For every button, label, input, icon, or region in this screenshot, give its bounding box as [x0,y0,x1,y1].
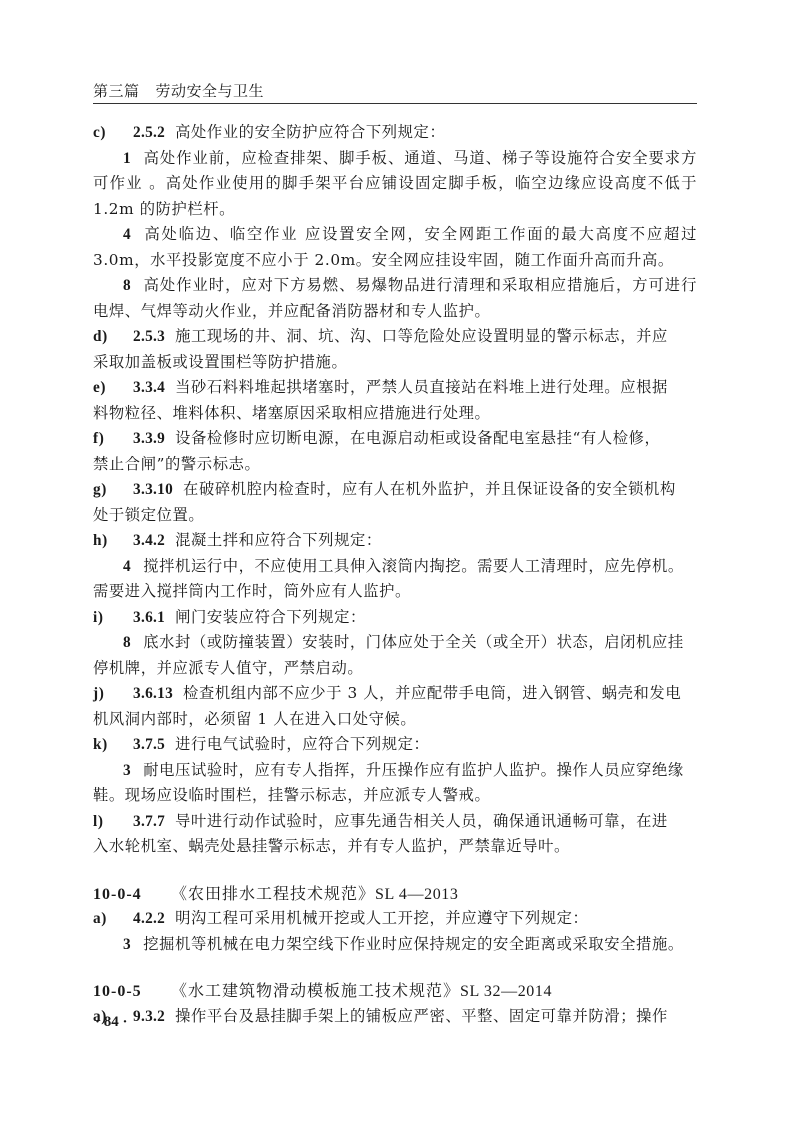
paragraph-text: 挖掘机等机械在电力架空线下作业时应保持规定的安全距离或采取安全措施。 [143,935,684,953]
clause-text: 混凝土拌和应符合下列规定： [175,531,382,549]
clause-number: 3.6.13 [133,685,173,702]
item-label: a) [93,906,133,932]
paragraph-text: 高处临边、临空作业 应设置安全网，安全网距工作面的最大高度不应超过 [143,225,697,243]
paragraph-line: 3耐电压试验时，应有专人指挥，升压操作应有监护人监护。操作人员应穿绝缘 [93,758,697,784]
item-number: 8 [123,634,131,651]
item-label: h) [93,528,133,554]
clause-number: 3.7.5 [133,736,165,753]
clause-f: f)3.3.9设备检修时应切断电源，在电源启动柜或设备配电室悬挂“有人检修， [93,426,697,452]
clause-c: c)2.5.2高处作业的安全防护应符合下列规定： [93,120,697,146]
header-rule [93,103,697,104]
standard-number: 10-0-5 [93,979,171,1005]
clause-text: 操作平台及悬挂脚手架上的铺板应严密、平整、固定可靠并防滑；操作 [175,1007,668,1025]
paragraph-text: 高处作业时，应对下方易燃、易爆物品进行清理和采取相应措施后，方可进行 [143,276,697,294]
item-label: g) [93,477,133,503]
item-label: d) [93,324,133,350]
paragraph-line: 可作业 。高处作业使用的脚手架平台应铺设固定脚手板，临空边缘应设高度不低于 [93,171,697,197]
item-label: l) [93,809,133,835]
paragraph-line: 8底水封（或防撞装置）安装时，门体应处于全关（或全开）状态，启闭机应挂 [93,630,697,656]
paragraph-line: 采取加盖板或设置围栏等防护措施。 [93,350,697,376]
clause-text: 在破碎机腔内检查时，应有人在机外监护，并且保证设备的安全锁机构 [183,480,676,498]
clause-k: k)3.7.5进行电气试验时，应符合下列规定： [93,732,697,758]
paragraph-line: 料物粒径、堆料体积、堵塞原因采取相应措施进行处理。 [93,401,697,427]
clause-text: 闸门安装应符合下列规定： [175,608,366,626]
clause-text: 明沟工程可采用机械开挖或人工开挖，并应遵守下列规定： [175,909,588,927]
clause-g: g)3.3.10在破碎机腔内检查时，应有人在机外监护，并且保证设备的安全锁机构 [93,477,697,503]
item-label: f) [93,426,133,452]
paragraph-line: 1.2m 的防护栏杆。 [93,197,697,223]
paragraph-line: 鞋。现场应设临时围栏，挂警示标志，并应派专人警戒。 [93,783,697,809]
item-label: e) [93,375,133,401]
clause-h: h)3.4.2混凝土拌和应符合下列规定： [93,528,697,554]
paragraph-line: 电焊、气焊等动火作业，并应配备消防器材和专人监护。 [93,299,697,325]
clause-text: 导叶进行动作试验时，应事先通告相关人员，确保通讯通畅可靠，在进 [175,812,668,830]
paragraph-text: 底水封（或防撞装置）安装时，门体应处于全关（或全开）状态，启闭机应挂 [143,633,684,651]
paragraph-line: 3挖掘机等机械在电力架空线下作业时应保持规定的安全距离或采取安全措施。 [93,932,697,958]
clause-d: d)2.5.3施工现场的井、洞、坑、沟、口等危险处应设置明显的警示标志，并应 [93,324,697,350]
part-label: 第三篇 [93,82,140,100]
item-number: 1 [123,150,131,167]
item-number: 3 [123,936,131,953]
clause-text: 进行电气试验时，应符合下列规定： [175,735,429,753]
clause-number: 3.3.9 [133,430,165,447]
clause-j: j)3.6.13检查机组内部不应少于 3 人，并应配带手电筒，进入钢管、蜗壳和发… [93,681,697,707]
clause-number: 3.7.7 [133,813,165,830]
clause-text: 施工现场的井、洞、坑、沟、口等危险处应设置明显的警示标志，并应 [175,327,668,345]
paragraph-line: 4搅拌机运行中，不应使用工具伸入滚筒内掏挖。需要人工清理时，应先停机。 [93,554,697,580]
standard-number: 10-0-4 [93,882,171,908]
standard-code: SL 32—2014 [460,983,552,1000]
clause-number: 3.4.2 [133,532,165,549]
clause-text: 高处作业的安全防护应符合下列规定： [175,123,445,141]
clause-number: 2.5.3 [133,328,165,345]
clause-text: 检查机组内部不应少于 3 人，并应配带手电筒，进入钢管、蜗壳和发电 [183,684,681,702]
paragraph-text: 高处作业前，应检查排架、脚手板、通道、马道、梯子等设施符合安全要求方 [143,149,697,167]
clause-a: a)4.2.2明沟工程可采用机械开挖或人工开挖，并应遵守下列规定： [93,906,697,932]
paragraph-line: 3.0m，水平投影宽度不应小于 2.0m。安全网应挂设牢固，随工作面升高而升高。 [93,248,697,274]
paragraph-line: 4高处临边、临空作业 应设置安全网，安全网距工作面的最大高度不应超过 [93,222,697,248]
page-number: · 84 · [95,1014,128,1031]
clause-number: 3.3.4 [133,379,165,396]
clause-number: 4.2.2 [133,910,165,927]
document-page: 第三篇劳动安全与卫生 c)2.5.2高处作业的安全防护应符合下列规定： 1高处作… [0,0,793,1123]
standard-title: 《水工建筑物滑动模板施工技术规范》 [171,981,460,1000]
clause-number: 9.3.2 [133,1008,165,1025]
standard-code: SL 4—2013 [375,886,458,903]
clause-text: 设备检修时应切断电源，在电源启动柜或设备配电室悬挂“有人检修， [175,429,660,447]
item-label: i) [93,605,133,631]
paragraph-line: 停机牌，并应派专人值守，严禁启动。 [93,656,697,682]
item-number: 4 [123,558,131,575]
item-label: c) [93,120,133,146]
item-number: 4 [123,226,131,243]
item-label: k) [93,732,133,758]
part-title: 劳动安全与卫生 [156,82,265,100]
paragraph-line: 处于锁定位置。 [93,503,697,529]
item-number: 8 [123,277,131,294]
document-body: c)2.5.2高处作业的安全防护应符合下列规定： 1高处作业前，应检查排架、脚手… [93,120,697,1029]
clause-l: l)3.7.7导叶进行动作试验时，应事先通告相关人员，确保通讯通畅可靠，在进 [93,809,697,835]
paragraph-line: 8高处作业时，应对下方易燃、易爆物品进行清理和采取相应措施后，方可进行 [93,273,697,299]
standard-heading: 10-0-5《水工建筑物滑动模板施工技术规范》SL 32—2014 [93,978,697,1004]
standard-heading: 10-0-4《农田排水工程技术规范》SL 4—2013 [93,881,697,907]
clause-number: 3.3.10 [133,481,173,498]
clause-text: 当砂石料料堆起拱堵塞时，严禁人员直接站在料堆上进行处理。应根据 [175,378,668,396]
paragraph-text: 搅拌机运行中，不应使用工具伸入滚筒内掏挖。需要人工清理时，应先停机。 [143,557,684,575]
paragraph-line: 机风洞内部时，必须留 1 人在进入口处守候。 [93,707,697,733]
clause-a: a)9.3.2操作平台及悬挂脚手架上的铺板应严密、平整、固定可靠并防滑；操作 [93,1004,697,1030]
paragraph-line: 1高处作业前，应检查排架、脚手板、通道、马道、梯子等设施符合安全要求方 [93,146,697,172]
item-label: j) [93,681,133,707]
running-header: 第三篇劳动安全与卫生 [93,80,264,101]
standard-title: 《农田排水工程技术规范》 [171,884,375,903]
paragraph-line: 禁止合闸”的警示标志。 [93,452,697,478]
paragraph-line: 入水轮机室、蜗壳处悬挂警示标志，并有专人监护，严禁靠近导叶。 [93,834,697,860]
clause-number: 2.5.2 [133,124,165,141]
paragraph-line: 需要进入搅拌筒内工作时，筒外应有人监护。 [93,579,697,605]
clause-e: e)3.3.4当砂石料料堆起拱堵塞时，严禁人员直接站在料堆上进行处理。应根据 [93,375,697,401]
clause-number: 3.6.1 [133,609,165,626]
clause-i: i)3.6.1闸门安装应符合下列规定： [93,605,697,631]
item-number: 3 [123,762,131,779]
paragraph-text: 耐电压试验时，应有专人指挥，升压操作应有监护人监护。操作人员应穿绝缘 [143,761,684,779]
